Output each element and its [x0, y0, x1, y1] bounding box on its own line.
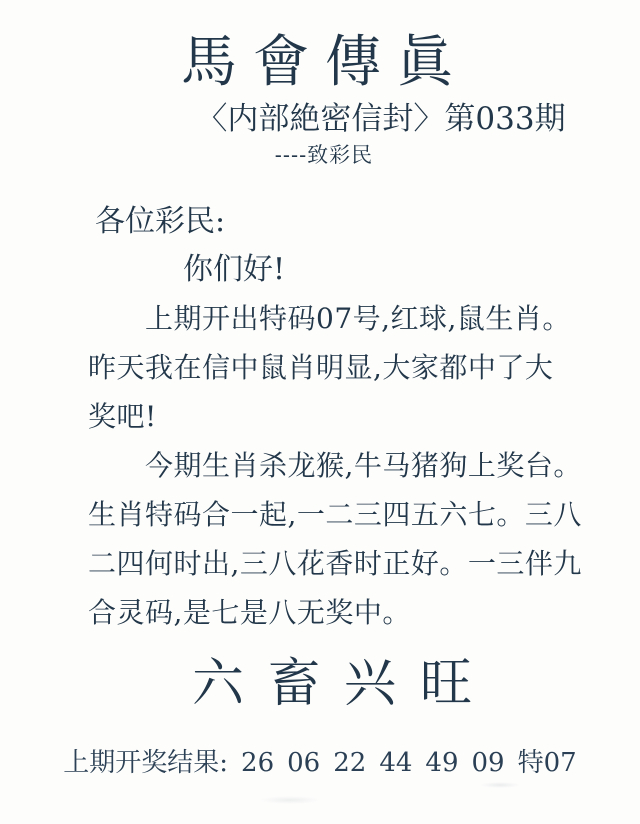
body-line: 合灵码,是七是八无奖中。: [0, 588, 640, 637]
result-number: 09: [472, 748, 505, 778]
scan-smudge: [260, 796, 320, 804]
salutation: 各位彩民:: [0, 198, 640, 246]
body-line: 昨天我在信中鼠肖明显,大家都中了大: [0, 343, 640, 392]
special-number-label: 特: [518, 748, 544, 778]
result-number: 26: [241, 748, 274, 778]
slogan-title: 六畜兴旺: [0, 653, 640, 715]
issue-line: 〈内部絶密信封〉第033期: [0, 98, 640, 140]
body-line: 今期生肖杀龙猴,牛马猪狗上奖台。: [0, 441, 640, 490]
masthead-title: 馬會傳眞: [0, 28, 640, 98]
result-number: 22: [333, 748, 366, 778]
body-line: 奖吧!: [0, 392, 640, 441]
result-number: 44: [379, 748, 412, 778]
special-number: 07: [544, 748, 577, 778]
body-line: 生肖特码合一起,一二三四五六七。三八: [0, 490, 640, 539]
previous-draw-results: 上期开奖结果:260622444909特07: [0, 745, 640, 781]
fax-letter-sheet: 馬會傳眞 〈内部絶密信封〉第033期 ----致彩民 各位彩民: 你们好! 上期…: [0, 0, 640, 824]
scan-smudge: [480, 782, 520, 788]
result-number: 49: [425, 748, 458, 778]
body-line: 二四何时出,三八花香时正好。一三伴九: [0, 539, 640, 588]
greeting: 你们好!: [0, 246, 640, 294]
results-label: 上期开奖结果:: [63, 748, 228, 778]
dedication-line: ----致彩民: [0, 140, 640, 170]
body-line: 上期开出特码07号,红球,鼠生肖。: [0, 294, 640, 343]
result-number: 06: [287, 748, 320, 778]
